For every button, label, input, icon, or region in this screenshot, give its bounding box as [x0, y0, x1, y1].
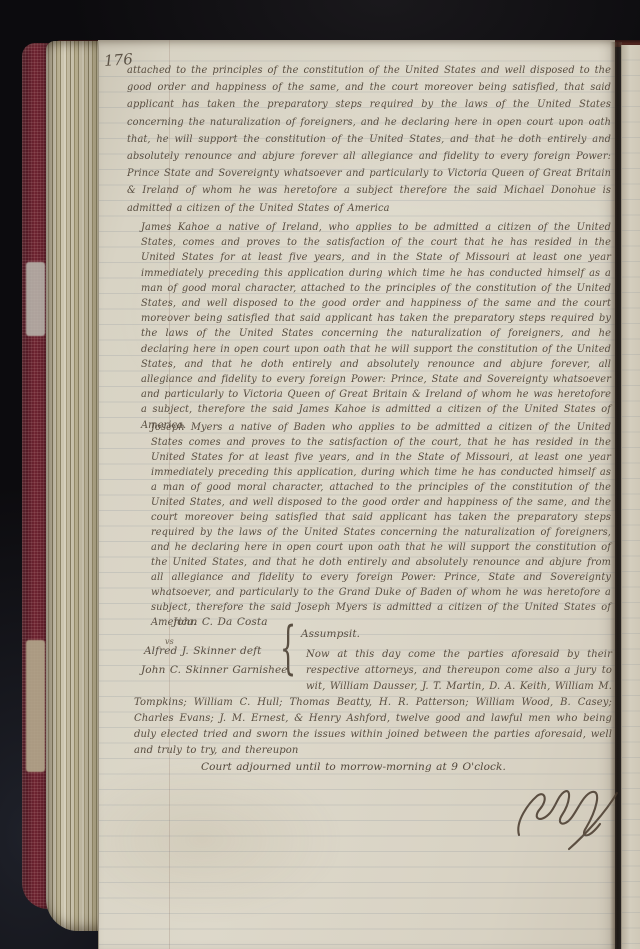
clerk-signature [511, 783, 623, 855]
page-edges-stack [46, 41, 100, 931]
naturalization-entry-myers: Joseph Myers a native of Baden who appli… [151, 420, 611, 630]
case-record: Now at this day come the parties aforesa… [134, 647, 612, 759]
caption-indent-spacer [134, 647, 306, 680]
photo-background: 176 attached to the principles of the co… [0, 0, 640, 949]
ledger-book: 176 attached to the principles of the co… [22, 40, 640, 949]
case-plaintiff: John C. Da Costa [173, 616, 268, 628]
facing-page-edge [621, 45, 640, 949]
case-action-title: Assumpsit. [301, 628, 360, 640]
spine-wear-patch [26, 640, 45, 772]
spine-wear-patch [26, 262, 45, 336]
naturalization-entry-kahoe: James Kahoe a native of Ireland, who app… [141, 220, 611, 433]
naturalization-entry-donohue: attached to the principles of the consti… [127, 62, 611, 217]
ledger-page: 176 attached to the principles of the co… [98, 40, 615, 949]
adjournment-note: Court adjourned until to morrow-morning … [201, 761, 506, 773]
